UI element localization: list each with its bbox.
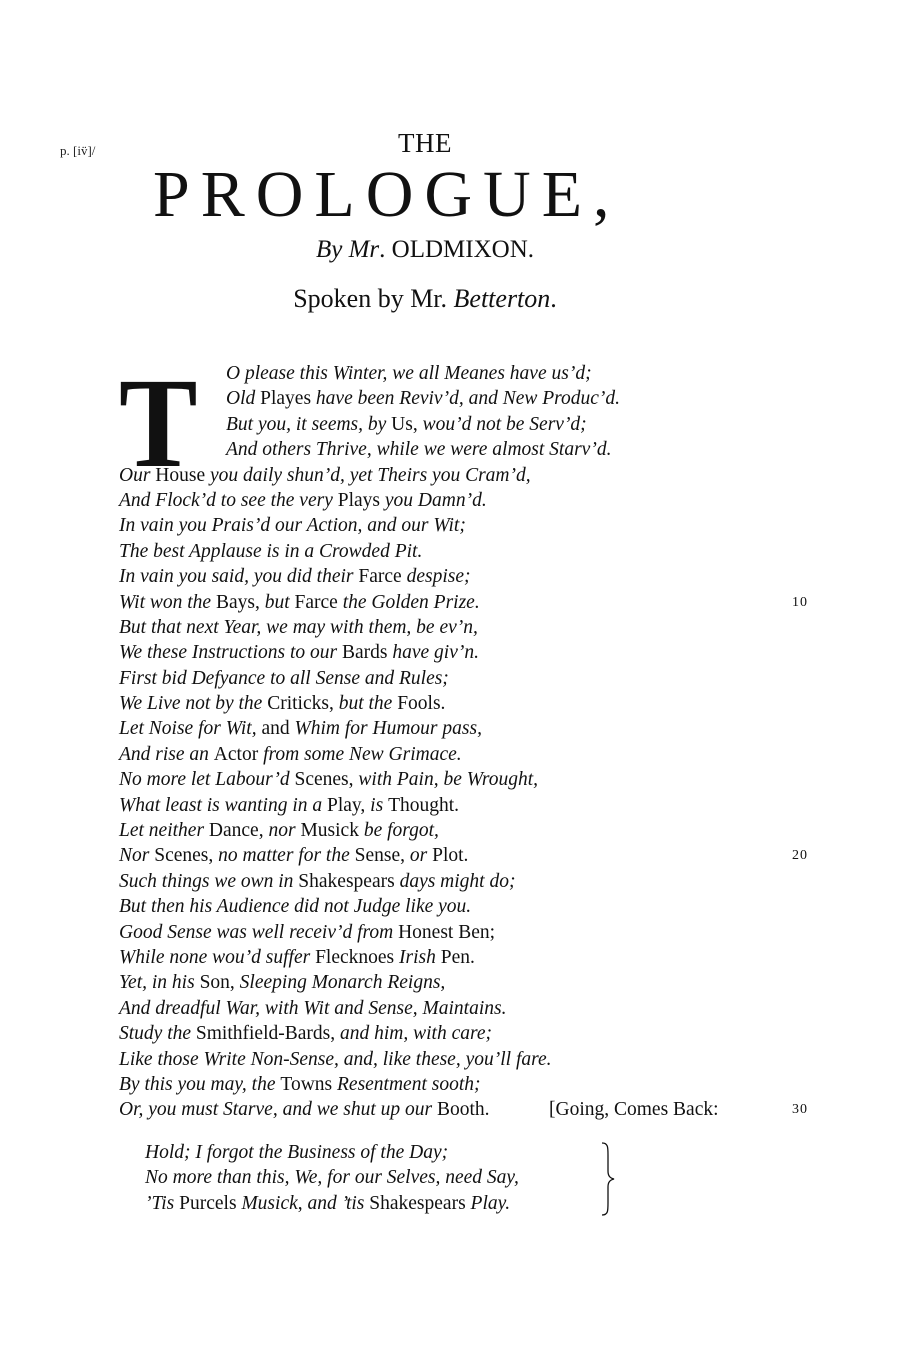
roman-text: Scenes, [154,845,218,866]
italic-text: First bid Defyance to all Sense and Rule… [119,668,449,689]
verse-line: We these Instructions to our Bards have … [119,640,819,665]
verse-line: No more let Labour’d Scenes, with Pain, … [119,767,819,792]
verse-line: Let neither Dance, nor Musick be forgot, [119,818,819,843]
line-number: 30 [792,1097,808,1122]
roman-text: Dance, [209,820,269,841]
italic-text: Yet, in his [119,972,200,993]
verse-line: Like those Write Non-Sense, and, like th… [119,1047,819,1072]
roman-text: Smithfield-Bards, [196,1023,340,1044]
italic-text: is [370,795,388,816]
verse-line: The best Applause is in a Crowded Pit. [119,539,819,564]
italic-text: Our [119,465,155,486]
verse-line: In vain you said, you did their Farce de… [119,564,819,589]
italic-text: have giv’n. [392,642,479,663]
italic-text: Sleeping Monarch Reigns, [240,972,446,993]
italic-text: Let Noise for Wit, [119,718,261,739]
italic-text: No more than this, We, for our Selves, n… [145,1167,519,1188]
verse-line: First bid Defyance to all Sense and Rule… [119,666,819,691]
italic-text: But that next Year, we may with them, be… [119,617,478,638]
italic-text: but [265,592,295,613]
italic-text: despise; [407,566,471,587]
roman-text: Us, [391,414,422,435]
verse-line: What least is wanting in a Play, is Thou… [119,793,819,818]
roman-text: Son, [200,972,240,993]
italic-text: In vain you said, you did their [119,566,358,587]
italic-text: Hold; I forgot the Business of the Day; [145,1142,448,1163]
verse-line: But then his Audience did not Judge like… [119,894,819,919]
roman-text: Purcels [179,1193,241,1214]
verse-line: Our House you daily shun’d, yet Theirs y… [119,463,819,488]
verse-line: Such things we own in Shakespears days m… [119,869,819,894]
italic-text: And rise an [119,744,214,765]
italic-text: The best Applause is in a Crowded Pit. [119,541,422,562]
italic-text: Play. [471,1193,511,1214]
italic-text: Old [226,388,260,409]
italic-text: Such things we own in [119,871,298,892]
page-title: PROLOGUE, [153,162,621,228]
italic-text: By this you may, the [119,1074,280,1095]
italic-text: And dreadful War, with Wit and Sense, Ma… [119,998,506,1019]
italic-text: and ’tis [308,1193,370,1214]
italic-text: you Damn’d. [385,490,487,511]
verse-line: In vain you Prais’d our Action, and our … [119,513,819,538]
speaker-name: Betterton [454,284,551,313]
verse-line: While none wou’d suffer Flecknoes Irish … [119,945,819,970]
roman-text: , [298,1193,308,1214]
roman-text: Flecknoes [315,947,399,968]
roman-text: Scenes, [295,769,359,790]
italic-text: the Golden Prize. [343,592,480,613]
verse-line: But you, it seems, by Us, wou’d not be S… [119,412,819,437]
italic-text: And Flock’d to see the very [119,490,338,511]
roman-text: Playes [260,388,316,409]
italic-text: Musick [241,1193,297,1214]
verse-line: Or, you must Starve, and we shut up our … [119,1097,819,1122]
roman-text: Musick [300,820,363,841]
verse-line: O please this Winter, we all Meanes have… [119,361,819,386]
verse-line: And Flock’d to see the very Plays you Da… [119,488,819,513]
italic-text: And others Thrive, while we were almost … [226,439,611,460]
roman-text: Towns [280,1074,337,1095]
roman-text: Plot. [432,845,468,866]
roman-text: Honest Ben; [398,922,495,943]
roman-text: Criticks, [267,693,339,714]
italic-text: What least is wanting in a [119,795,327,816]
roman-text: and [261,718,294,739]
italic-text: But you, it seems, by [226,414,391,435]
italic-text: be forgot, [364,820,439,841]
italic-text: O please this Winter, we all Meanes have… [226,363,592,384]
spoken-by-line: Spoken by Mr. Betterton. [0,284,850,314]
verse-line: Let Noise for Wit, and Whim for Humour p… [119,716,819,741]
verse-line: No more than this, We, for our Selves, n… [145,1165,705,1190]
italic-text: We these Instructions to our [119,642,342,663]
line-number: 10 [792,590,808,615]
verse-line: By this you may, the Towns Resentment so… [119,1072,819,1097]
roman-text: Bays, [216,592,265,613]
italic-text: days might do; [400,871,516,892]
italic-text: Like those Write Non-Sense, and, like th… [119,1049,552,1070]
roman-text: Thought. [388,795,459,816]
roman-text: Plays [338,490,385,511]
italic-text: ’Tis [145,1193,179,1214]
verse-line: Study the Smithfield-Bards, and him, wit… [119,1021,819,1046]
verse-line: Yet, in his Son, Sleeping Monarch Reigns… [119,970,819,995]
italic-text: No more let Labour’d [119,769,295,790]
stage-direction: [Going, Comes Back: [549,1097,719,1122]
verse-line: Hold; I forgot the Business of the Day; [145,1140,705,1165]
italic-text: But then his Audience did not Judge like… [119,896,471,917]
italic-text: or [410,845,432,866]
verse-line: And rise an Actor from some New Grimace. [119,742,819,767]
italic-text: In vain you Prais’d our Action, and our … [119,515,466,536]
roman-text: Shakespears [369,1193,470,1214]
roman-text: Farce [358,566,406,587]
roman-text: Fools. [397,693,445,714]
italic-text: Irish [399,947,441,968]
verse-line: Wit won the Bays, but Farce the Golden P… [119,590,819,615]
verse-line: ’Tis Purcels Musick, and ’tis Shakespear… [145,1191,705,1216]
verse-line: Nor Scenes, no matter for the Sense, or … [119,843,819,868]
verse-line: We Live not by the Criticks, but the Foo… [119,691,819,716]
italic-text: Wit won the [119,592,216,613]
italic-text: While none wou’d suffer [119,947,315,968]
italic-text: but the [339,693,398,714]
verse-line: But that next Year, we may with them, be… [119,615,819,640]
italic-text: you daily shun’d, yet Theirs you Cram’d, [210,465,531,486]
roman-text: Booth. [437,1099,490,1120]
poem-body: T O please this Winter, we all Meanes ha… [119,361,819,1123]
italic-text: Study the [119,1023,196,1044]
byline-author: . OLDMIXON. [379,236,534,263]
roman-text: Sense, [355,845,410,866]
italic-text: no matter for the [218,845,355,866]
italic-text: We Live not by the [119,693,267,714]
italic-text: with Pain, be Wrought, [358,769,538,790]
roman-text: Bards [342,642,392,663]
byline-prefix: By Mr [316,236,379,263]
italic-text: have been Reviv’d, and New Produc’d. [316,388,620,409]
italic-text: Nor [119,845,154,866]
author-byline: By Mr. OLDMIXON. [0,236,850,264]
italic-text: Or, you must Starve, and we shut up our [119,1099,437,1120]
poem-coda: Hold; I forgot the Business of the Day;N… [145,1140,705,1216]
roman-text: Pen. [441,947,475,968]
heading-the: THE [0,128,850,159]
spoken-end: . [550,284,557,313]
italic-text: Whim for Humour pass, [295,718,482,739]
roman-text: Play, [327,795,370,816]
right-curly-brace-icon [598,1141,618,1217]
italic-text: Good Sense was well receiv’d from [119,922,398,943]
line-number: 20 [792,843,808,868]
italic-text: wou’d not be Serv’d; [423,414,587,435]
italic-text: Let neither [119,820,209,841]
roman-text: House [155,465,210,486]
spoken-prefix: Spoken by Mr. [293,284,453,313]
italic-text: and him, with care; [340,1023,492,1044]
roman-text: Actor [214,744,263,765]
verse-line: And dreadful War, with Wit and Sense, Ma… [119,996,819,1021]
verse-line: And others Thrive, while we were almost … [119,437,819,462]
italic-text: from some New Grimace. [263,744,462,765]
roman-text: Farce [295,592,343,613]
verse-line: Old Playes have been Reviv’d, and New Pr… [119,386,819,411]
roman-text: Shakespears [298,871,399,892]
italic-text: nor [268,820,300,841]
italic-text: Resentment sooth; [337,1074,481,1095]
verse-line: Good Sense was well receiv’d from Honest… [119,920,819,945]
